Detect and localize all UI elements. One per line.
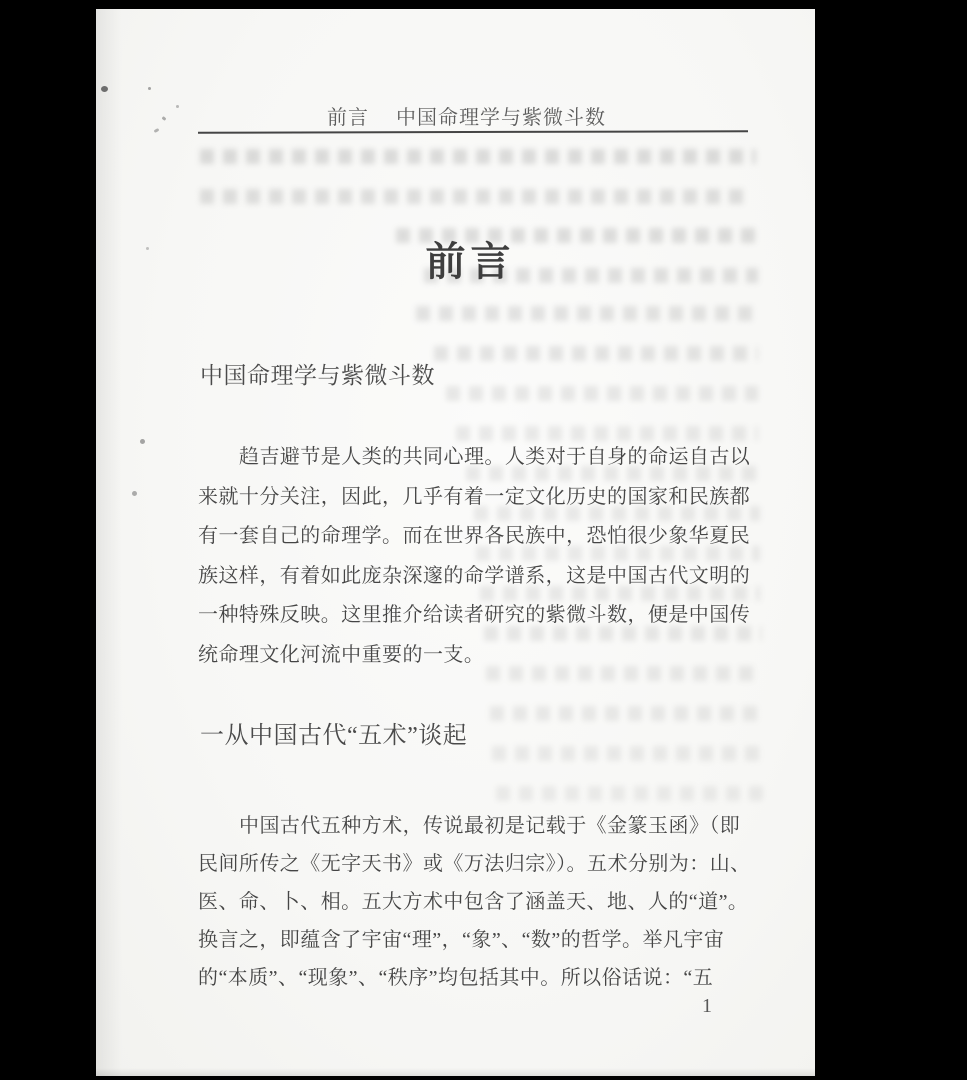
ink-speck xyxy=(148,87,151,90)
bleedthrough-row xyxy=(490,706,764,721)
bleedthrough-row xyxy=(492,746,764,761)
page-number: 1 xyxy=(702,995,712,1018)
running-header: 前言 中国命理学与紫微斗数 xyxy=(96,101,815,130)
ink-speck xyxy=(132,491,137,496)
body-line: 趋吉避节是人类的共同心理。人类对于自身的命运自古以 xyxy=(198,438,750,478)
body-line: 换言之，即蕴含了宇宙“理”，“象”、“数”的哲学。举凡宇宙 xyxy=(198,921,750,959)
body-line: 一种特殊反映。这里推介给读者研究的紫微斗数，便是中国传 xyxy=(198,596,750,636)
bleedthrough-row xyxy=(446,386,758,401)
ink-speck xyxy=(101,86,108,92)
section-heading-mingli: 中国命理学与紫微斗数 xyxy=(200,357,435,390)
book-page: 前言 中国命理学与紫微斗数 前言 中国命理学与紫微斗数 趋吉避节是人类的共同心理… xyxy=(96,9,815,1076)
bleedthrough-row xyxy=(434,346,758,361)
body-line: 族这样，有着如此庞杂深邃的命学谱系，这是中国古代文明的 xyxy=(198,557,750,597)
body-line: 民间所传之《无字天书》或《万法归宗》）。五术分别为：山、 xyxy=(198,845,750,883)
body-line: 的“本质”、“现象”、“秩序”均包括其中。所以俗话说：“五 xyxy=(198,959,750,997)
bleedthrough-row xyxy=(200,189,750,204)
body-line: 中国古代五种方术，传说最初是记载于《金篆玉函》（即 xyxy=(198,807,750,845)
body-line: 医、命、卜、相。五大方术中包含了涵盖天、地、人的“道”。 xyxy=(198,883,750,921)
body-line: 有一套自己的命理学。而在世界各民族中，恐怕很少象华夏民 xyxy=(198,517,750,557)
bleedthrough-row xyxy=(200,149,756,164)
page-title: 前言 xyxy=(96,230,815,287)
scanner-background: { "document": { "running_header": "前言 中国… xyxy=(0,0,967,1080)
body-line: 来就十分关注，因此，几乎有着一定文化历史的国家和民族都 xyxy=(198,478,750,518)
ink-speck xyxy=(140,439,145,444)
paragraph-1: 趋吉避节是人类的共同心理。人类对于自身的命运自古以 来就十分关注，因此，几乎有着… xyxy=(198,438,750,675)
bleedthrough-row xyxy=(496,786,764,801)
paragraph-2: 中国古代五种方术，传说最初是记载于《金篆玉函》（即 民间所传之《无字天书》或《万… xyxy=(198,807,750,997)
bleedthrough-row xyxy=(416,306,760,321)
header-rule xyxy=(198,130,748,133)
body-line: 统命理文化河流中重要的一支。 xyxy=(198,636,750,676)
section-heading-wushu: 一从中国古代“五术”谈起 xyxy=(200,715,467,750)
